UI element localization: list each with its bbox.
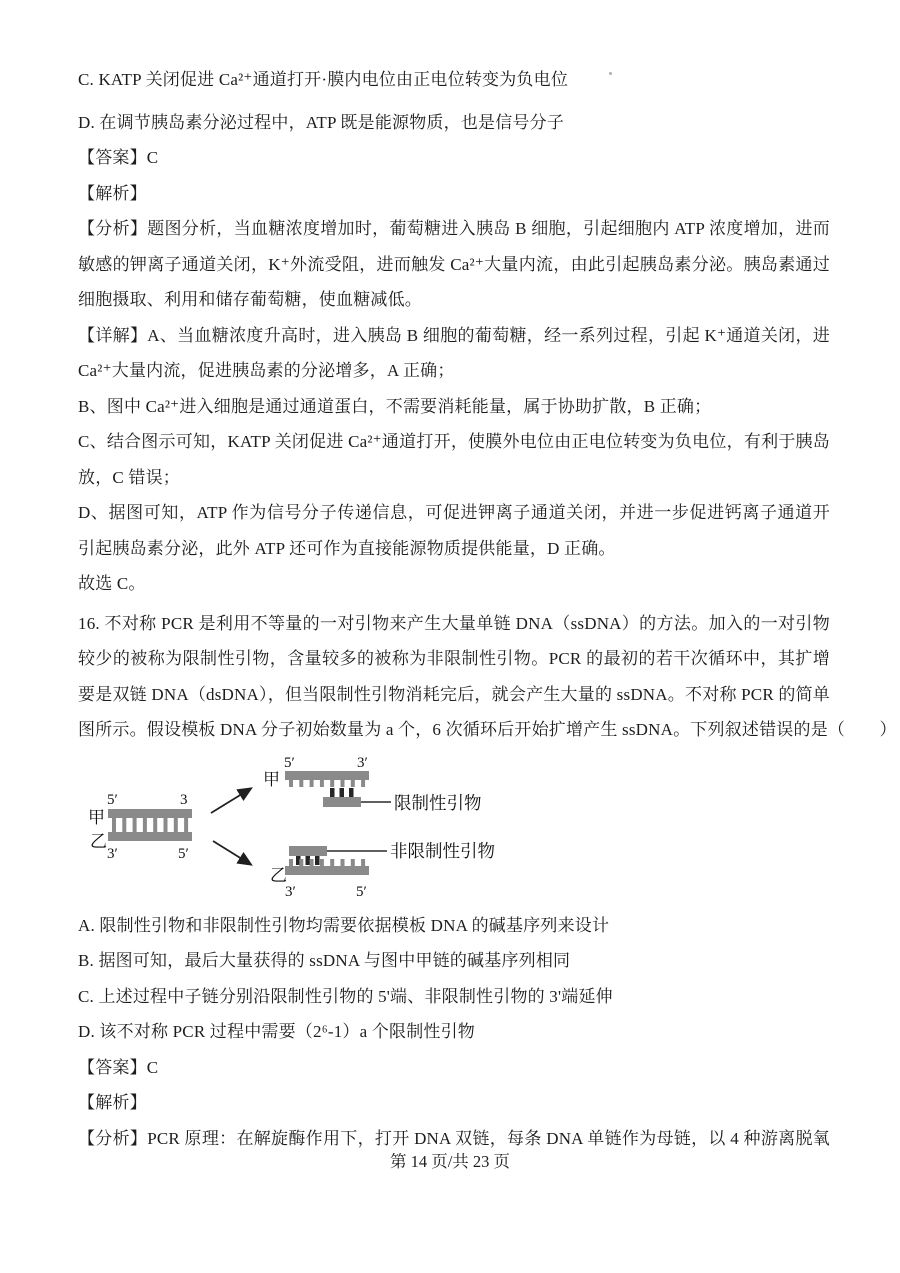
q16-stem-line: 16. 不对称 PCR 是利用不等量的一对引物来产生大量单链 DNA（ssDNA… [78,606,830,642]
pcr-figure: 5′ 3 甲 乙 3′ 5′ 5′ 3′ 甲 限制性引物 [80,752,830,904]
yi-right-end: 5′ [356,884,367,900]
template-top-strand-label: 甲 [88,808,105,827]
q15-detail-line: B、图中 Ca²⁺进入细胞是通过通道蛋白，不需要消耗能量，属于协助扩散，B 正确… [78,389,830,425]
page-number-footer: 第 14 页/共 23 页 [0,1150,900,1174]
q15-analysis-line: 【分析】题图分析，当血糖浓度增加时，葡萄糖进入胰岛 B 细胞，引起细胞内 ATP… [78,211,830,247]
template-top-left-end: 5′ [107,792,118,808]
q16-option-a: A. 限制性引物和非限制性引物均需要依据模板 DNA 的碱基序列来设计 [78,908,830,944]
template-top-right-end: 3 [180,792,188,808]
limiting-primer-label: 限制性引物 [394,793,482,813]
pcr-figure-svg: 5′ 3 甲 乙 3′ 5′ 5′ 3′ 甲 限制性引物 [80,752,580,904]
limiting-primer [323,788,361,807]
q15-conclusion: 故选 C。 [78,566,830,602]
q16-option-c: C. 上述过程中子链分别沿限制性引物的 5'端、非限制性引物的 3'端延伸 [78,979,830,1015]
non-limiting-primer-label: 非限制性引物 [390,841,495,861]
q16-stem-line: 图所示。假设模板 DNA 分子初始数量为 a 个，6 次循环后开始扩增产生 ss… [78,712,830,748]
q16-stem-line: 要是双链 DNA（dsDNA），但当限制性引物消耗完后，就会产生大量的 ssDN… [78,677,830,713]
document-page: C. KATP 关闭促进 Ca²⁺通道打开·膜内电位由正电位转变为负电位 D. … [0,0,900,1273]
template-bottom-strand-label: 乙 [90,832,107,851]
arrow-up-icon [211,789,250,813]
template-strand-yi [108,825,192,841]
q15-option-d: D. 在调节胰岛素分泌过程中，ATP 既是能源物质，也是信号分子 [78,105,830,141]
denatured-strand-jia [285,771,369,787]
q15-detail-line: D、据图可知，ATP 作为信号分子传递信息，可促进钾离子通道关闭，并进一步促进钙… [78,495,830,531]
jia-strand-label: 甲 [263,770,280,789]
q15-option-c: C. KATP 关闭促进 Ca²⁺通道打开·膜内电位由正电位转变为负电位 [78,62,830,98]
q15-detail-line: 引起胰岛素分泌，此外 ATP 还可作为直接能源物质提供能量，D 正确。 [78,531,830,567]
jia-left-end: 5′ [284,755,295,771]
q15-analysis-header: 【解析】 [78,176,830,212]
yi-left-end: 3′ [285,884,296,900]
template-strand-jia [108,809,192,825]
q16-analysis-header: 【解析】 [78,1085,830,1121]
q16-answer: 【答案】C [78,1050,830,1086]
q16-option-d: D. 该不对称 PCR 过程中需要（2⁶-1）a 个限制性引物 [78,1014,830,1050]
q15-detail-line: C、结合图示可知，KATP 关闭促进 Ca²⁺通道打开，使膜外电位由正电位转变为… [78,424,830,460]
q16-stem-line: 较少的被称为限制性引物，含量较多的被称为非限制性引物。PCR 的最初的若干次循环… [78,641,830,677]
q16-option-b: B. 据图可知，最后大量获得的 ssDNA 与图中甲链的碱基序列相同 [78,943,830,979]
q15-detail-line: 【详解】A、当血糖浓度升高时，进入胰岛 B 细胞的葡萄糖，经一系列过程，引起 K… [78,318,830,354]
template-bottom-left-end: 3′ [107,846,118,862]
arrow-down-icon [213,841,250,864]
q15-detail-line: Ca²⁺大量内流，促进胰岛素的分泌增多，A 正确； [78,353,830,389]
q15-answer: 【答案】C [78,140,830,176]
jia-right-end: 3′ [357,755,368,771]
q15-detail-line: 放，C 错误； [78,460,830,496]
q15-analysis-line: 敏感的钾离子通道关闭，K⁺外流受阻，进而触发 Ca²⁺大量内流，由此引起胰岛素分… [78,247,830,283]
template-bottom-right-end: 5′ [178,846,189,862]
yi-strand-label: 乙 [270,866,287,885]
content-area: C. KATP 关闭促进 Ca²⁺通道打开·膜内电位由正电位转变为负电位 D. … [78,62,830,1156]
q15-analysis-line: 细胞摄取、利用和储存葡萄糖，使血糖减低。 [78,282,830,318]
